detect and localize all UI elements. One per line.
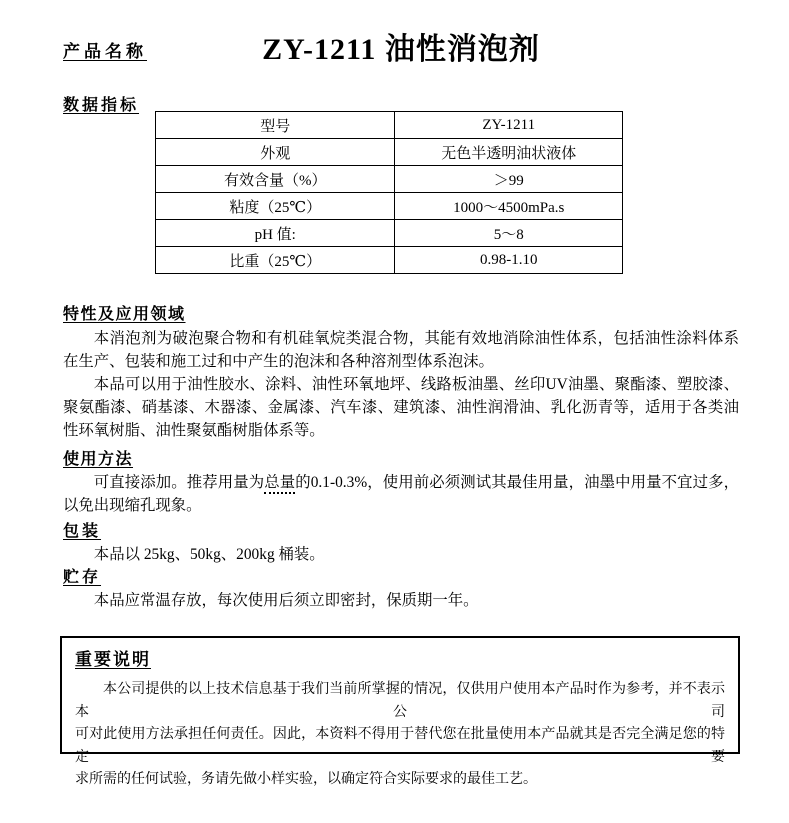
section-heading-storage: 贮存 — [63, 564, 101, 587]
spec-label: 型号 — [156, 112, 395, 139]
storage-text: 本品应常温存放，每次使用后须立即密封，保质期一年。 — [63, 589, 739, 612]
section-heading-features: 特性及应用领域 — [63, 301, 186, 324]
spec-label: 外观 — [156, 139, 395, 166]
packaging-text: 本品以 25kg、50kg、200kg 桶装。 — [63, 543, 739, 566]
notice-line: 本公司提供的以上技术信息基于我们当前所掌握的情况，仅供用户使用本产品时作为参考，… — [75, 679, 725, 724]
usage-paragraph: 可直接添加。推荐用量为总量的0.1-0.3%，使用前必须测试其最佳用量，油墨中用… — [63, 471, 739, 517]
features-paragraph-1: 本消泡剂为破泡聚合物和有机硅氧烷类混合物，其能有效地消除油性体系，包括油性涂料体… — [63, 327, 739, 373]
spec-label: 有效含量（%） — [156, 166, 395, 193]
spec-value: 1000～4500mPa.s — [395, 193, 623, 220]
page-title: ZY-1211 油性消泡剂 — [63, 24, 739, 68]
table-row: 型号 ZY-1211 — [156, 112, 623, 139]
important-notice-box: 重要说明 本公司提供的以上技术信息基于我们当前所掌握的情况，仅供用户使用本产品时… — [60, 636, 740, 754]
table-row: pH 值: 5～8 — [156, 220, 623, 247]
document-page: 产品名称 ZY-1211 油性消泡剂 数据指标 型号 ZY-1211 外观 无色… — [0, 0, 789, 823]
spec-label: 粘度（25℃） — [156, 193, 395, 220]
table-row: 外观 无色半透明油状液体 — [156, 139, 623, 166]
spec-value: ZY-1211 — [395, 112, 623, 139]
spec-value: 0.98-1.10 — [395, 247, 623, 274]
features-text: 本消泡剂为破泡聚合物和有机硅氧烷类混合物，其能有效地消除油性体系，包括油性涂料体… — [63, 327, 739, 442]
spec-value: 5～8 — [395, 220, 623, 247]
packaging-paragraph: 本品以 25kg、50kg、200kg 桶装。 — [63, 543, 739, 566]
features-paragraph-2: 本品可以用于油性胶水、涂料、油性环氧地坪、线路板油墨、丝印UV油墨、聚酯漆、塑胶… — [63, 373, 739, 442]
notice-line: 可对此使用方法承担任何责任。因此，本资料不得用于替代您在批量使用本产品就其是否完… — [75, 724, 725, 769]
section-heading-usage: 使用方法 — [63, 446, 133, 469]
usage-text-emphasized: 总量 — [264, 474, 295, 494]
section-heading-data: 数据指标 — [63, 92, 139, 115]
notice-line: 求所需的任何试验，务请先做小样实验，以确定符合实际要求的最佳工艺。 — [75, 769, 725, 792]
section-heading-packaging: 包装 — [63, 518, 101, 541]
storage-paragraph: 本品应常温存放，每次使用后须立即密封，保质期一年。 — [63, 589, 739, 612]
table-row: 有效含量（%） ＞99 — [156, 166, 623, 193]
usage-text: 可直接添加。推荐用量为总量的0.1-0.3%，使用前必须测试其最佳用量，油墨中用… — [63, 471, 739, 517]
table-row: 粘度（25℃） 1000～4500mPa.s — [156, 193, 623, 220]
spec-value: 无色半透明油状液体 — [395, 139, 623, 166]
spec-value: ＞99 — [395, 166, 623, 193]
spec-label: pH 值: — [156, 220, 395, 247]
spec-table: 型号 ZY-1211 外观 无色半透明油状液体 有效含量（%） ＞99 粘度（2… — [155, 111, 623, 274]
usage-text-before: 可直接添加。推荐用量为 — [94, 474, 264, 491]
notice-heading: 重要说明 — [75, 645, 725, 670]
spec-label: 比重（25℃） — [156, 247, 395, 274]
table-row: 比重（25℃） 0.98-1.10 — [156, 247, 623, 274]
